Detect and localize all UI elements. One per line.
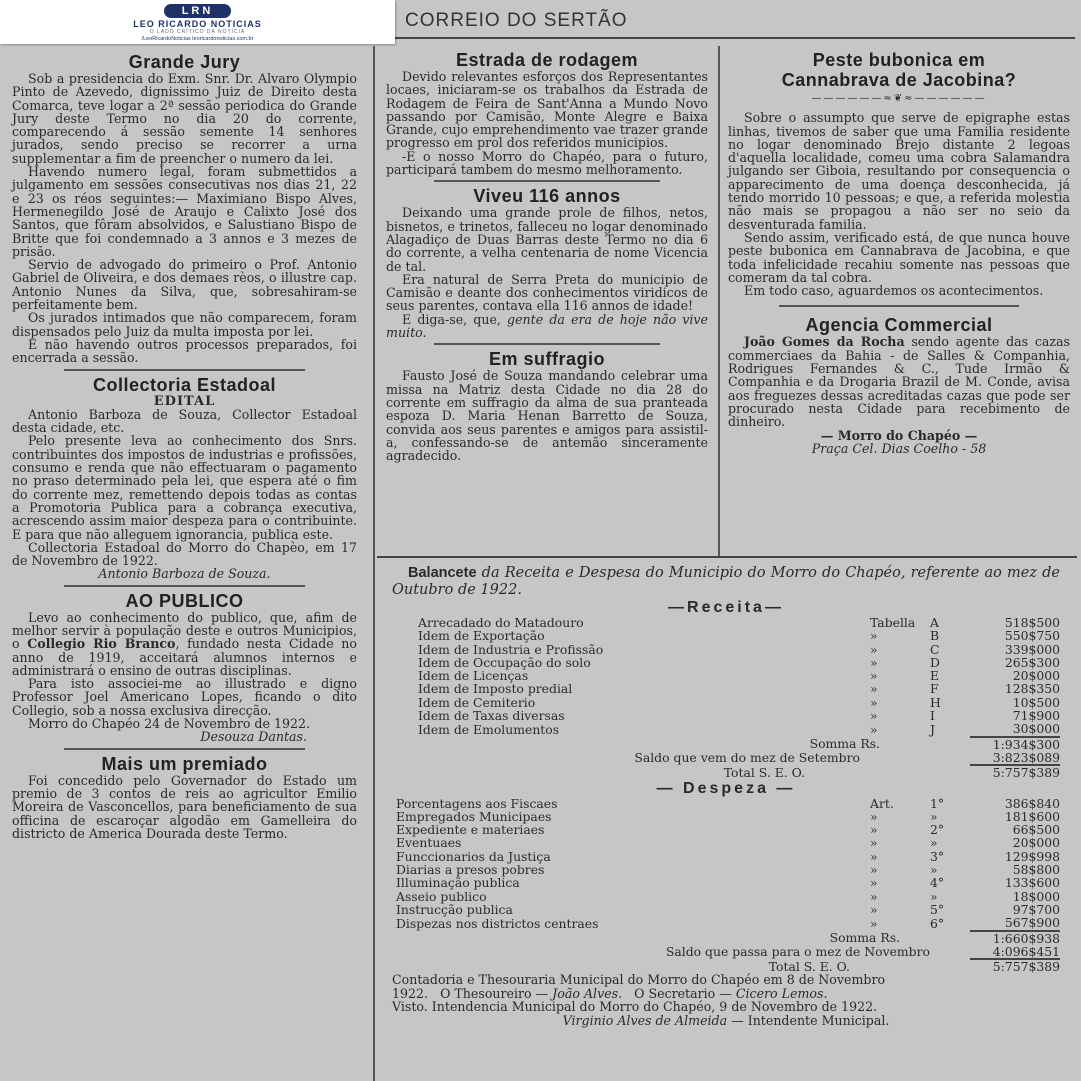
footer-line: 1922. O Thesoureiro — João Alves. O Secr…	[392, 987, 1060, 1001]
item-code: »	[930, 890, 970, 903]
item-reference: »	[870, 722, 930, 736]
site-logo-banner: LRN LEO RICARDO NOTICIAS O LADO CRÍTICO …	[0, 0, 395, 44]
paragraph: Sendo assim, verificado está, de que nun…	[728, 231, 1070, 284]
signature: Desouza Dantas.	[12, 730, 357, 743]
item-code: 1°	[930, 797, 970, 810]
receita-saldo-row: Saldo que vem do mez de Setembro3:823$08…	[392, 751, 1060, 765]
receita-row: Idem de Industria e Profissão»C339$000	[392, 643, 1060, 656]
saldo-amount: 3:823$089	[970, 751, 1060, 765]
paragraph: Devido relevantes esforços dos Represent…	[386, 70, 708, 150]
receita-row: Idem de Exportação»B550$750	[392, 629, 1060, 642]
item-description: Idem de Cemiterio	[392, 696, 870, 709]
despeza-somma-row: Somma Rs.1:660$938	[392, 931, 1060, 945]
receita-row: Idem de Cemiterio»H10$500	[392, 696, 1060, 709]
item-amount: 550$750	[970, 629, 1060, 642]
article-separator	[434, 180, 659, 182]
item-reference: Art.	[870, 797, 930, 810]
article-title-collectoria: Collectoria Estadoal	[12, 375, 357, 395]
paragraph: Foi concedido pelo Governador do Estado …	[12, 774, 357, 840]
despeza-saldo-row: Saldo que passa para o mez de Novembro4:…	[392, 945, 1060, 959]
item-code: H	[930, 696, 970, 709]
item-reference: »	[870, 916, 930, 930]
intendente-name: Virginio Alves de Almeida	[563, 1013, 728, 1028]
item-description: Idem de Occupação do solo	[392, 656, 870, 669]
social-links: /LeoRicardoNoticias leoricardonoticias.c…	[0, 35, 395, 43]
saldo-amount: 4:096$451	[970, 945, 1060, 959]
text: sendo agente das cazas commerciaes da Ba…	[728, 334, 1070, 429]
item-description: Idem de Licenças	[392, 669, 870, 682]
item-reference: »	[870, 656, 930, 669]
item-amount: 30$000	[970, 722, 1060, 736]
article-title-viveu: Viveu 116 annos	[386, 186, 708, 206]
article-title-premiado: Mais um premiado	[12, 754, 357, 774]
total-amount: 5:757$389	[970, 765, 1060, 779]
item-reference: »	[870, 709, 930, 722]
item-reference: Tabella	[870, 616, 930, 629]
section-divider	[377, 556, 1077, 558]
somma-label: Somma Rs.	[392, 931, 970, 945]
column-divider	[718, 46, 720, 556]
paragraph: Em todo caso, aguardemos os aconteciment…	[728, 284, 1070, 297]
item-amount: 265$300	[970, 656, 1060, 669]
paragraph: Collectoria Estadoal do Morro do Chapèo,…	[12, 541, 357, 568]
paragraph: João Gomes da Rocha sendo agente das caz…	[728, 335, 1070, 428]
receita-row: Idem de Occupação do solo»D265$300	[392, 656, 1060, 669]
item-reference: »	[870, 629, 930, 642]
item-reference: »	[870, 903, 930, 916]
paragraph: Era natural de Serra Preta do municipio …	[386, 273, 708, 313]
column-3: Peste bubonica emCannabrava de Jacobina?…	[728, 50, 1070, 455]
item-description: Idem de Exportação	[392, 629, 870, 642]
saldo-label: Saldo que passa para o mez de Novembro	[392, 945, 970, 959]
item-amount: 181$600	[970, 810, 1060, 823]
article-title-peste: Peste bubonica emCannabrava de Jacobina?	[728, 50, 1070, 90]
article-separator	[779, 305, 1018, 307]
item-amount: 71$900	[970, 709, 1060, 722]
item-amount: 133$600	[970, 876, 1060, 889]
item-description: Empregados Municipaes	[392, 810, 870, 823]
ornament-divider: ——————≈❦≈——————	[728, 92, 1070, 105]
paragraph: Deixando uma grande prole de filhos, net…	[386, 206, 708, 272]
item-amount: 128$350	[970, 682, 1060, 695]
balancete-title: Balancete da Receita e Despesa do Munici…	[392, 565, 1060, 599]
paragraph: Os jurados intimados que não comparecem,…	[12, 311, 357, 338]
paragraph: Sobre o assumpto que serve de epigraphe …	[728, 111, 1070, 231]
item-reference: »	[870, 850, 930, 863]
item-code: 6°	[930, 916, 970, 930]
item-amount: 20$000	[970, 669, 1060, 682]
item-description: Instrucção publica	[392, 903, 870, 916]
item-code: B	[930, 629, 970, 642]
item-description: Funccionarios da Justiça	[392, 850, 870, 863]
item-code: »	[930, 836, 970, 849]
despeza-table: Porcentagens aos FiscaesArt.1°386$840Emp…	[392, 797, 1060, 974]
despeza-row: Funccionarios da Justiça»3°129$998	[392, 850, 1060, 863]
balancete-footer: Contadoria e Thesouraria Municipal do Mo…	[392, 973, 1060, 1027]
masthead-title: CORREIO DO SERTÃO	[405, 10, 628, 32]
item-description: Idem de Taxas diversas	[392, 709, 870, 722]
article-title-suffragio: Em suffragio	[386, 349, 708, 369]
item-code: »	[930, 863, 970, 876]
item-description: Idem de Industria e Profissão	[392, 643, 870, 656]
item-amount: 10$500	[970, 696, 1060, 709]
lrn-logo-mark: LRN	[164, 4, 232, 18]
receita-somma-row: Somma Rs.1:934$300	[392, 737, 1060, 751]
item-code: I	[930, 709, 970, 722]
article-separator	[64, 369, 306, 371]
item-description: Arrecadado do Matadouro	[392, 616, 870, 629]
footer-line: Visto. Intendencia Municipal do Morro do…	[392, 1000, 1060, 1014]
item-description: Asseio publico	[392, 890, 870, 903]
paragraph: Servio de advogado do primeiro o Prof. A…	[12, 258, 357, 311]
item-amount: 567$900	[970, 916, 1060, 930]
item-description: Eventuaes	[392, 836, 870, 849]
title-italic: da Receita e Despesa do Municipio do Mor…	[392, 565, 1060, 598]
article-separator	[64, 585, 306, 587]
item-reference: »	[870, 643, 930, 656]
paragraph: -E o nosso Morro do Chapéo, para o futur…	[386, 150, 708, 177]
paragraph: Sob a presidencia do Exm. Snr. Dr. Alvar…	[12, 72, 357, 165]
title-line: Cannabrava de Jacobina?	[782, 70, 1017, 90]
item-description: Diarias a presos pobres	[392, 863, 870, 876]
item-amount: 129$998	[970, 850, 1060, 863]
total-label: Total S. E. O.	[392, 765, 970, 779]
somma-label: Somma Rs.	[392, 737, 970, 751]
item-description: Porcentagens aos Fiscaes	[392, 797, 870, 810]
footer-line: Virginio Alves de Almeida — Intendente M…	[392, 1014, 1060, 1028]
despeza-heading: — Despeza —	[392, 780, 1060, 797]
item-reference: »	[870, 890, 930, 903]
somma-amount: 1:660$938	[970, 931, 1060, 945]
item-description: Expediente e materiaes	[392, 823, 870, 836]
paragraph: Fausto José de Souza mandando celebrar u…	[386, 369, 708, 462]
paragraph: Morro do Chapéo 24 de Novembro de 1922.	[12, 717, 357, 730]
item-amount: 386$840	[970, 797, 1060, 810]
masthead-rule	[395, 37, 1075, 39]
receita-heading: —Receita—	[392, 599, 1060, 616]
item-reference: »	[870, 823, 930, 836]
receita-row: Idem de Licenças»E20$000	[392, 669, 1060, 682]
item-code: F	[930, 682, 970, 695]
somma-amount: 1:934$300	[970, 737, 1060, 751]
receita-total-row: Total S. E. O.5:757$389	[392, 765, 1060, 779]
item-amount: 339$000	[970, 643, 1060, 656]
paragraph: Pelo presente leva ao conhecimento dos S…	[12, 434, 357, 540]
column-divider	[373, 46, 375, 1081]
column-1: Grande Jury Sob a presidencia do Exm. Sn…	[12, 52, 357, 840]
article-title-grande-jury: Grande Jury	[12, 52, 357, 72]
article-subtitle-edital: EDITAL	[12, 395, 357, 408]
item-amount: 97$700	[970, 903, 1060, 916]
item-reference: »	[870, 696, 930, 709]
total-amount: 5:757$389	[970, 959, 1060, 973]
paragraph: Havendo numero legal, foram submettidos …	[12, 165, 357, 258]
despeza-row: Asseio publico»»18$000	[392, 890, 1060, 903]
footer-line: Contadoria e Thesouraria Municipal do Mo…	[392, 973, 1060, 987]
article-separator	[64, 748, 306, 750]
article-title-estrada: Estrada de rodagem	[386, 50, 708, 70]
item-reference: »	[870, 836, 930, 849]
item-code: 2°	[930, 823, 970, 836]
despeza-row: Diarias a presos pobres»»58$800	[392, 863, 1060, 876]
site-name: LEO RICARDO NOTICIAS	[0, 20, 395, 29]
article-separator	[434, 343, 659, 345]
item-code: A	[930, 616, 970, 629]
newspaper-page: LRN LEO RICARDO NOTICIAS O LADO CRÍTICO …	[0, 0, 1081, 1081]
item-amount: 518$500	[970, 616, 1060, 629]
item-description: Idem de Emolumentos	[392, 722, 870, 736]
item-code: E	[930, 669, 970, 682]
receita-row: Idem de Taxas diversas»I71$900	[392, 709, 1060, 722]
saldo-label: Saldo que vem do mez de Setembro	[392, 751, 970, 765]
receita-row: Idem de Emolumentos»J30$000	[392, 722, 1060, 736]
column-2: Estrada de rodagem Devido relevantes esf…	[386, 50, 708, 462]
item-code: C	[930, 643, 970, 656]
agency-address: Praça Cel. Dias Coelho - 58	[728, 442, 1070, 455]
total-label: Total S. E. O.	[392, 959, 970, 973]
item-amount: 20$000	[970, 836, 1060, 849]
text: — Intendente Municipal.	[727, 1013, 889, 1028]
signature: Antonio Barboza de Souza.	[12, 567, 357, 580]
receita-table: Arrecadado do MatadouroTabellaA518$500Id…	[392, 616, 1060, 780]
despeza-row: Expediente e materiaes»2°66$500	[392, 823, 1060, 836]
item-amount: 58$800	[970, 863, 1060, 876]
receita-row: Idem de Imposto predial»F128$350	[392, 682, 1060, 695]
despeza-total-row: Total S. E. O.5:757$389	[392, 959, 1060, 973]
item-code: J	[930, 722, 970, 736]
item-amount: 18$000	[970, 890, 1060, 903]
despeza-row: Porcentagens aos FiscaesArt.1°386$840	[392, 797, 1060, 810]
item-reference: »	[870, 669, 930, 682]
title-line: Peste bubonica em	[813, 50, 986, 70]
paragraph: Antonio Barboza de Souza, Collector Esta…	[12, 408, 357, 435]
despeza-row: Eventuaes»»20$000	[392, 836, 1060, 849]
item-reference: »	[870, 810, 930, 823]
item-description: Illuminação publica	[392, 876, 870, 889]
article-title-agencia: Agencia Commercial	[728, 315, 1070, 335]
item-code: 3°	[930, 850, 970, 863]
title-bold: Balancete	[408, 565, 477, 581]
item-description: Idem de Imposto predial	[392, 682, 870, 695]
despeza-row: Empregados Municipaes»»181$600	[392, 810, 1060, 823]
paragraph: E não havendo outros processos preparado…	[12, 338, 357, 365]
item-code: D	[930, 656, 970, 669]
receita-row: Arrecadado do MatadouroTabellaA518$500	[392, 616, 1060, 629]
despeza-row: Dispezas nos districtos centraes»6°567$9…	[392, 916, 1060, 930]
item-reference: »	[870, 863, 930, 876]
item-reference: »	[870, 682, 930, 695]
item-code: »	[930, 810, 970, 823]
item-reference: »	[870, 876, 930, 889]
agency-place: — Morro do Chapéo —	[728, 429, 1070, 442]
item-description: Dispezas nos districtos centraes	[392, 916, 870, 930]
item-amount: 66$500	[970, 823, 1060, 836]
article-title-ao-publico: AO PUBLICO	[12, 591, 357, 611]
balancete-section: Balancete da Receita e Despesa do Munici…	[392, 565, 1060, 1027]
item-code: 5°	[930, 903, 970, 916]
item-code: 4°	[930, 876, 970, 889]
despeza-row: Instrucção publica»5°97$700	[392, 903, 1060, 916]
despeza-row: Illuminação publica»4°133$600	[392, 876, 1060, 889]
paragraph: E diga-se, que, gente da era de hoje não…	[386, 313, 708, 340]
paragraph: Levo ao conhecimento do publico, que, af…	[12, 611, 357, 677]
paragraph: Para isto associei-me ao illustrado e di…	[12, 677, 357, 717]
